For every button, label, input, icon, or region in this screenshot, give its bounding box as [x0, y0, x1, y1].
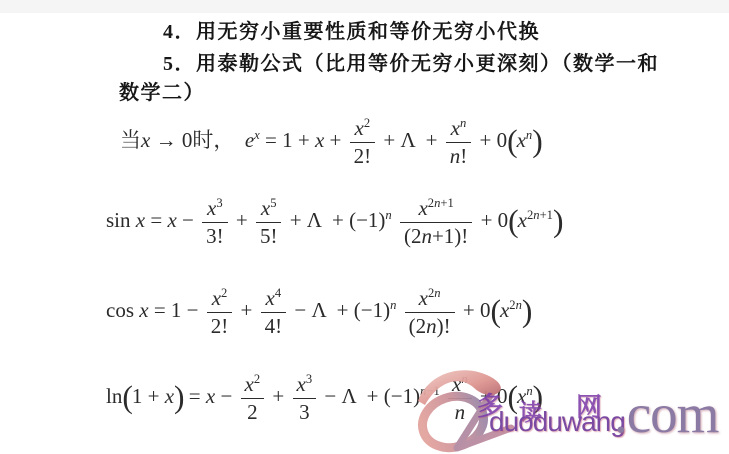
- watermark-domain-text: duoduwang: [489, 406, 625, 438]
- formula-cos-series: cos x = 1 − x22! + x44! − Λ + (−1)n x2n(…: [106, 287, 531, 337]
- formula-e-power-series: 当x → 0时， ex = 1 + x + x22! + Λ + xnn! + …: [120, 117, 542, 167]
- heading-item-5: 5．用泰勒公式（比用等价无穷小更深刻）（数学一和: [163, 47, 659, 76]
- page-top-gray-band: [0, 0, 729, 13]
- heading-item-5-continued: 数学二）: [119, 76, 205, 105]
- watermark-tld-text: .com: [614, 382, 718, 445]
- formula-sin-series: sin x = x − x33! + x55! + Λ + (−1)n x2n+…: [106, 197, 562, 247]
- heading-item-4: 4．用无穷小重要性质和等价无穷小代换: [163, 15, 540, 44]
